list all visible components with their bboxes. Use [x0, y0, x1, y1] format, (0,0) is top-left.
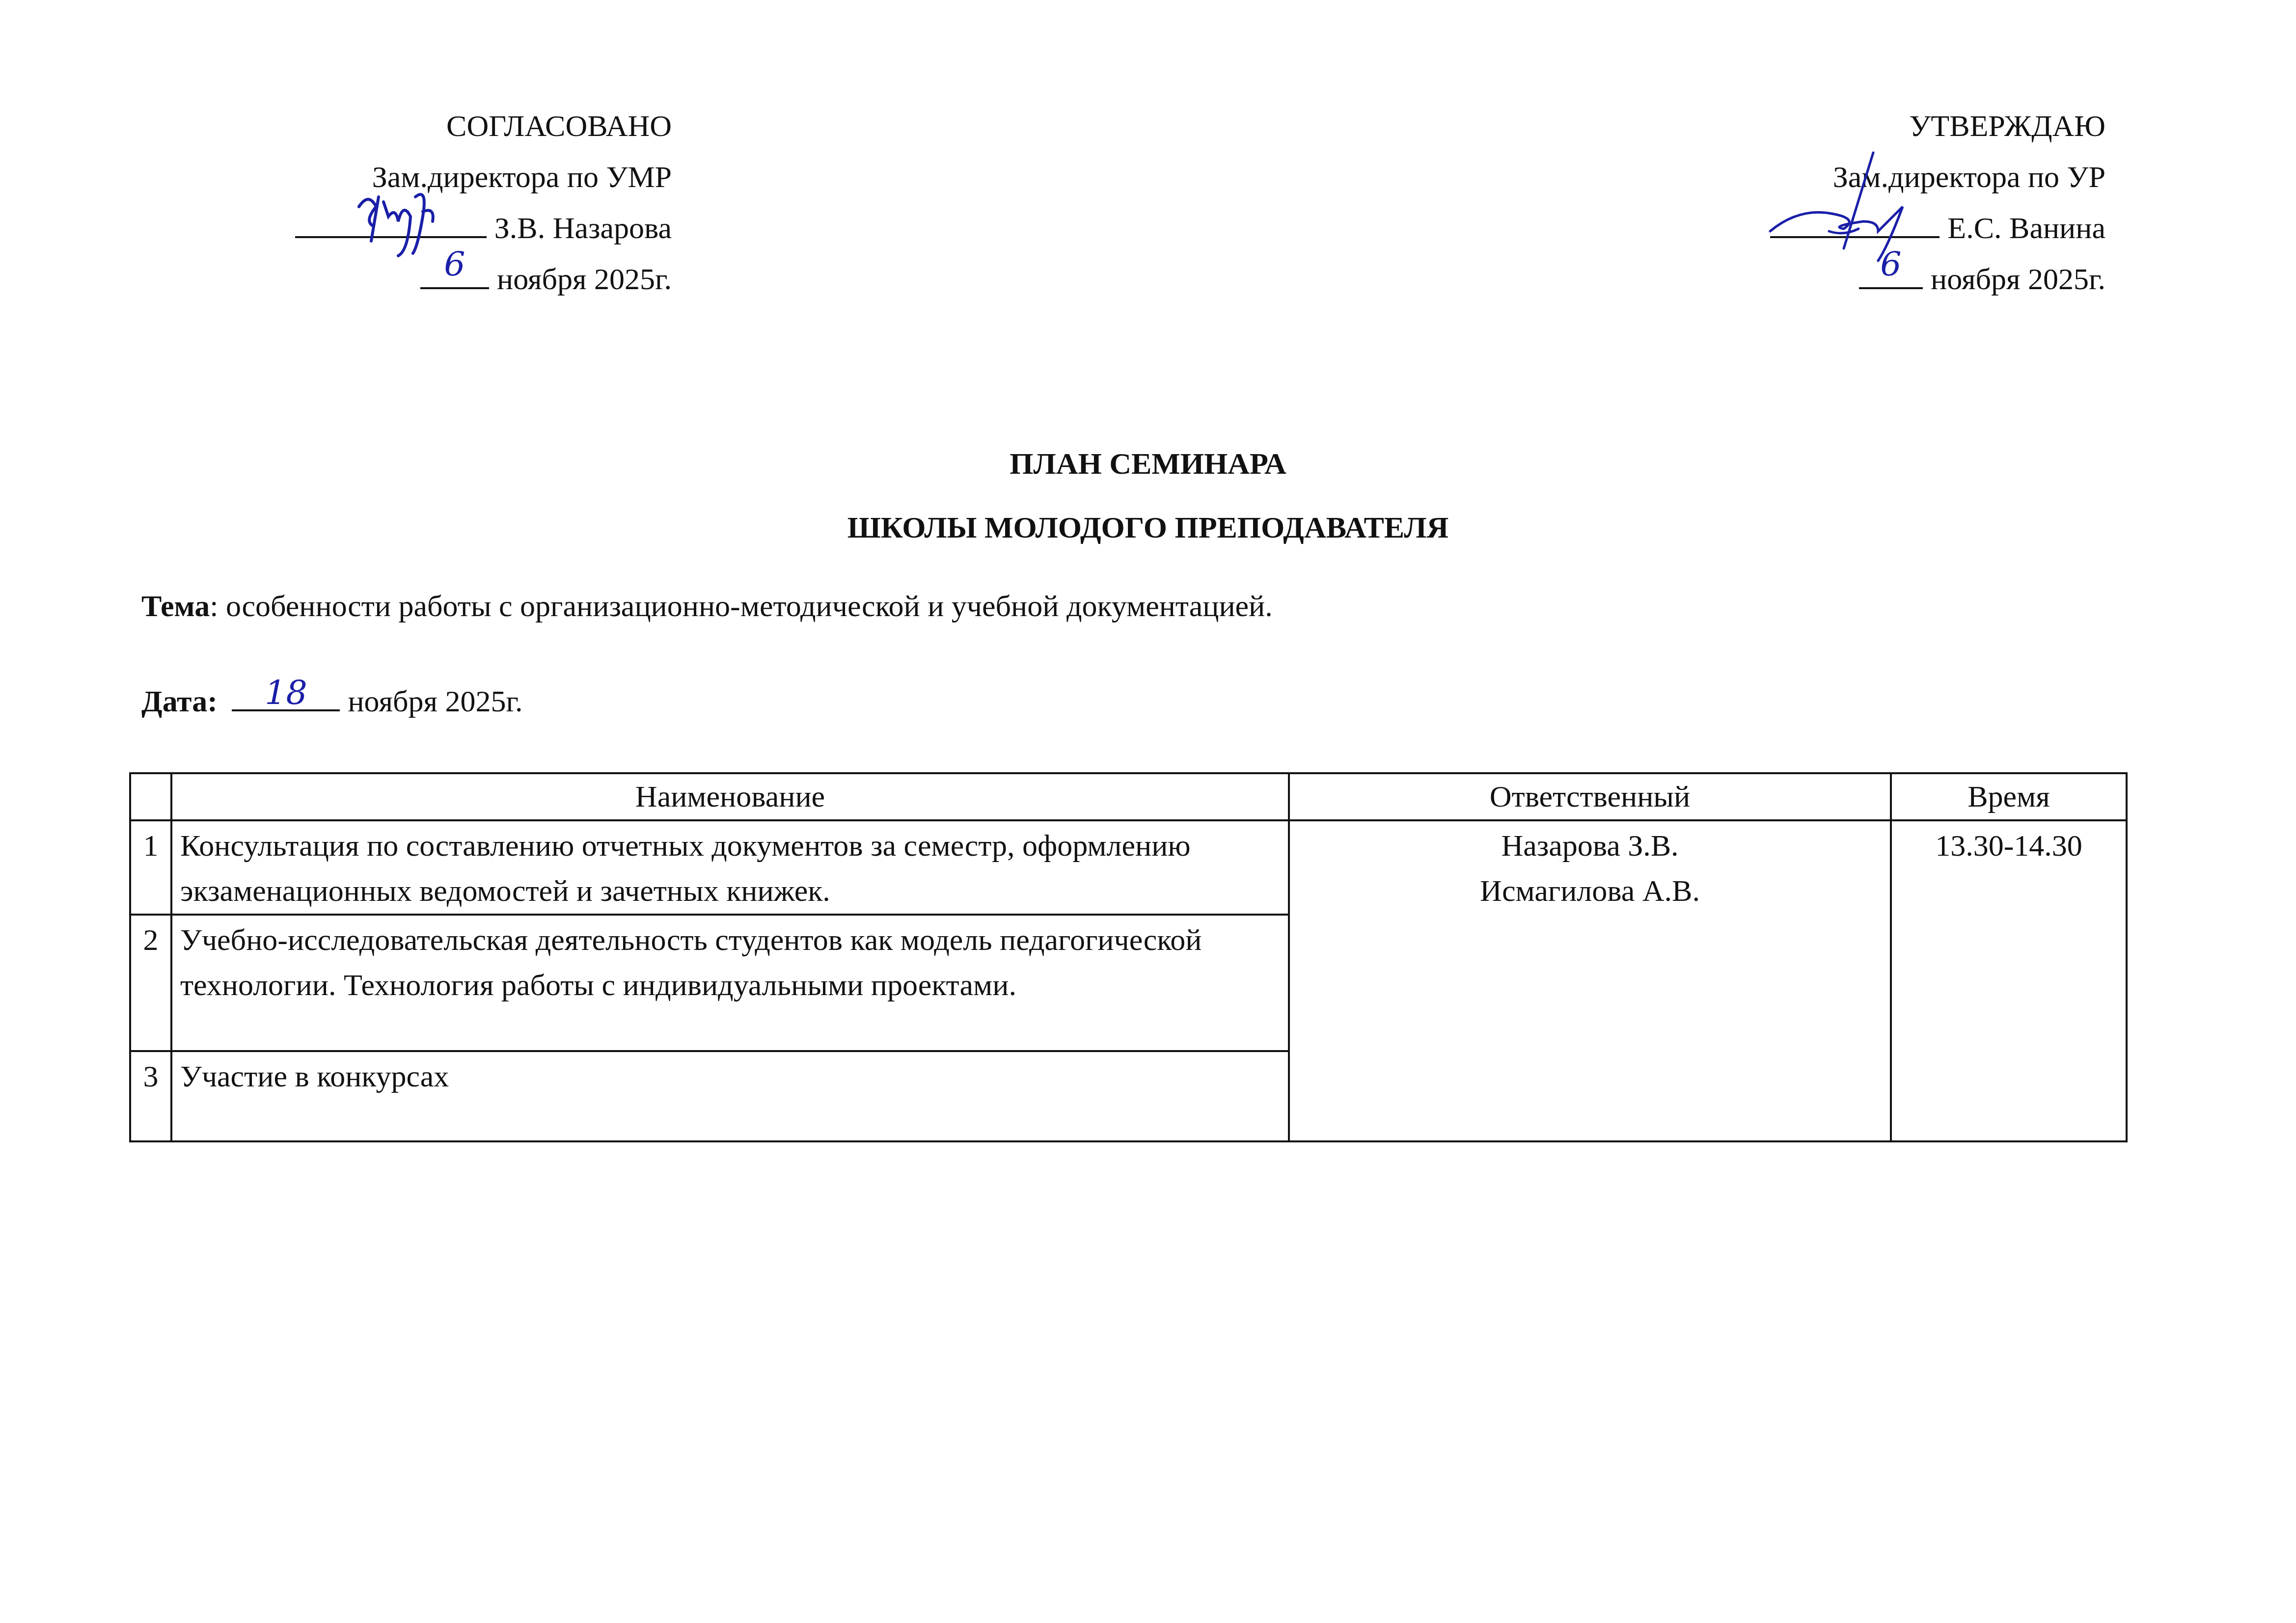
date-rest: ноября 2025г. — [348, 685, 522, 718]
approval-heading: УТВЕРЖДАЮ — [1770, 101, 2105, 152]
row-number: 3 — [130, 1051, 171, 1141]
approval-position: Зам.директора по УР — [1770, 152, 2105, 203]
approval-date-rest: ноября 2025г. — [1931, 263, 2105, 296]
handwritten-day: 18 — [232, 674, 340, 712]
approval-block-agreed: СОГЛАСОВАНО Зам.директора по УМР З.В. На… — [295, 101, 672, 305]
approval-signer: Е.С. Ванина — [1947, 212, 2105, 245]
approval-date-rest: ноября 2025г. — [497, 263, 672, 296]
signature-blank — [1770, 207, 1940, 238]
date-blank: 6 — [420, 258, 489, 289]
date-label: Дата: — [141, 685, 218, 718]
seminar-plan-table: Наименование Ответственный Время 1 Консу… — [129, 772, 2128, 1142]
seminar-date: Дата: 18ноября 2025г. — [141, 680, 522, 719]
handwritten-day: 6 — [1859, 239, 1923, 290]
approval-position: Зам.директора по УМР — [295, 152, 672, 203]
time-cell: 13.30-14.30 — [1891, 820, 2127, 1141]
topic-line: Тема: особенности работы с организационн… — [141, 589, 1273, 624]
header-responsible: Ответственный — [1289, 773, 1891, 820]
date-blank: 6 — [1859, 258, 1923, 289]
document-title: ПЛАН СЕМИНАРА — [0, 447, 2296, 482]
approval-date: 6ноября 2025г. — [295, 254, 672, 305]
approval-date: 6ноября 2025г. — [1770, 254, 2105, 305]
signature-line: Е.С. Ванина — [1770, 203, 2105, 254]
header-time: Время — [1891, 773, 2127, 820]
responsible-person: Исмагилова А.В. — [1298, 868, 1882, 914]
row-number: 1 — [130, 820, 171, 915]
approval-block-approved: УТВЕРЖДАЮ Зам.директора по УР Е.С. Ванин… — [1770, 101, 2105, 305]
document-subtitle: ШКОЛЫ МОЛОДОГО ПРЕПОДАВАТЕЛЯ — [0, 511, 2296, 545]
table-header-row: Наименование Ответственный Время — [130, 773, 2127, 820]
handwritten-day: 6 — [420, 239, 489, 290]
approval-signer: З.В. Назарова — [494, 212, 672, 245]
topic-text: : особенности работы с организационно-ме… — [210, 590, 1272, 623]
responsible-person: Назарова З.В. — [1298, 823, 1882, 868]
row-title: Учебно-исследовательская деятельность ст… — [171, 915, 1289, 1051]
date-blank: 18 — [232, 680, 340, 711]
table-row: 1 Консультация по составлению отчетных д… — [130, 820, 2127, 915]
row-title: Консультация по составлению отчетных док… — [171, 820, 1289, 915]
header-num — [130, 773, 171, 820]
row-number: 2 — [130, 915, 171, 1051]
topic-label: Тема — [141, 590, 210, 623]
row-title: Участие в конкурсах — [171, 1051, 1289, 1141]
header-name: Наименование — [171, 773, 1289, 820]
responsible-cell: Назарова З.В. Исмагилова А.В. — [1289, 820, 1891, 1141]
signature-blank — [295, 207, 487, 238]
approval-heading: СОГЛАСОВАНО — [295, 101, 672, 152]
